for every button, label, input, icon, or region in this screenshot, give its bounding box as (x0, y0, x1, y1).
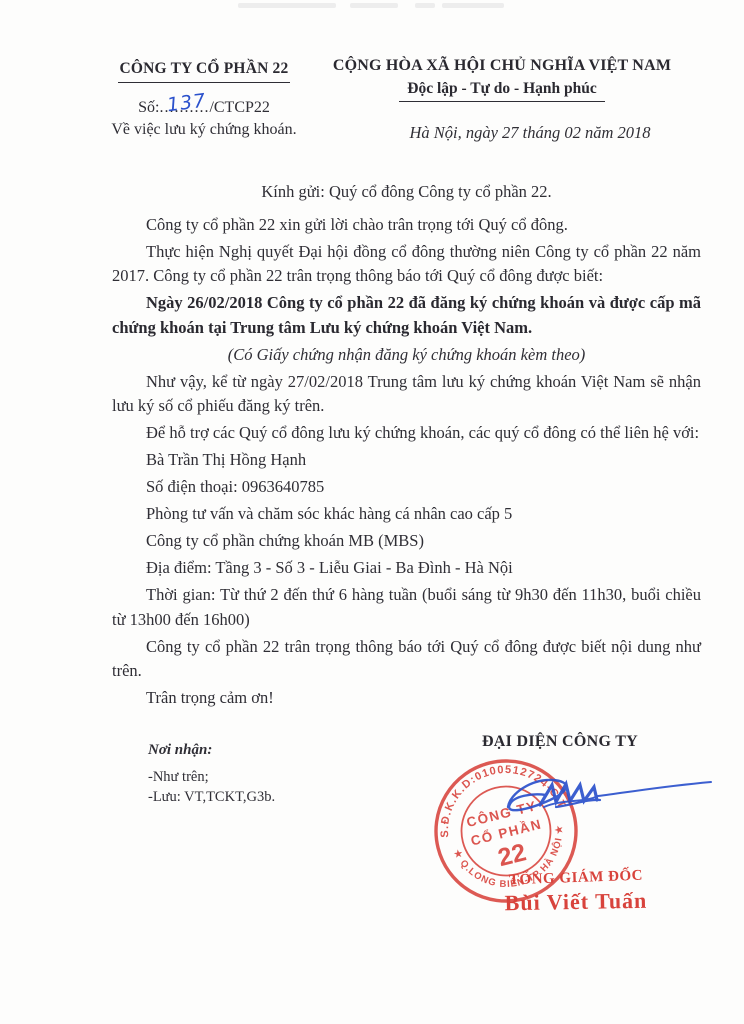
contact-name: Bà Trần Thị Hồng Hạnh (112, 448, 701, 473)
paragraph-announcement: Ngày 26/02/2018 Công ty cổ phần 22 đã đă… (112, 291, 701, 340)
salutation: Kính gửi: Quý cổ đông Công ty cổ phần 22… (112, 180, 701, 205)
letter-subject: Về việc lưu ký chứng khoán. (95, 121, 313, 139)
national-title: CỘNG HÒA XÃ HỘI CHỦ NGHĨA VIỆT NAM (322, 57, 682, 75)
letterhead-issuer-block: CÔNG TY CỔ PHẦN 22 Số:........../CTCP22 … (95, 60, 313, 139)
paragraph-thanks: Trân trọng cảm ơn! (112, 686, 701, 711)
scan-artifact (415, 3, 435, 8)
place-date-line: Hà Nội, ngày 27 tháng 02 năm 2018 (322, 123, 682, 143)
paragraph-closing: Công ty cổ phần 22 trân trọng thông báo … (112, 635, 701, 684)
contact-company: Công ty cổ phần chứng khoán MB (MBS) (112, 529, 701, 554)
recipients-label: Nơi nhận: (148, 742, 275, 759)
paragraph-greeting: Công ty cổ phần 22 xin gửi lời chào trân… (112, 213, 701, 238)
letter-body: Kính gửi: Quý cổ đông Công ty cổ phần 22… (112, 180, 701, 713)
contact-phone: Số điện thoại: 0963640785 (112, 475, 701, 500)
reference-prefix: Số: (138, 99, 159, 116)
scan-artifact (350, 3, 398, 8)
recipients-block: Nơi nhận: -Như trên; -Lưu: VT,TCKT,G3b. (148, 742, 275, 807)
handwritten-signature (498, 769, 716, 827)
scan-artifact (442, 3, 504, 8)
issuer-company-name: CÔNG TY CỔ PHẦN 22 (118, 60, 291, 83)
recipients-item: -Như trên; (148, 767, 275, 787)
signer-name: Bùi Viết Tuấn (466, 887, 686, 917)
scan-artifact (238, 3, 336, 8)
recipients-item: -Lưu: VT,TCKT,G3b. (148, 787, 275, 807)
national-motto: Độc lập - Tự do - Hạnh phúc (399, 80, 604, 102)
national-motto-block: CỘNG HÒA XÃ HỘI CHỦ NGHĨA VIỆT NAM Độc l… (322, 57, 682, 143)
paragraph-support: Để hỗ trợ các Quý cổ đông lưu ký chứng k… (112, 421, 701, 446)
attachment-note: (Có Giấy chứng nhận đăng ký chứng khoán … (112, 343, 701, 368)
contact-department: Phòng tư vấn và chăm sóc khác hàng cá nh… (112, 502, 701, 527)
paragraph-effective-date: Như vậy, kể từ ngày 27/02/2018 Trung tâm… (112, 370, 701, 419)
paragraph-resolution: Thực hiện Nghị quyết Đại hội đồng cổ đôn… (112, 240, 701, 289)
reference-suffix: /CTCP22 (209, 99, 269, 116)
stamp-center-line3: 22 (495, 838, 529, 872)
reference-number-line: Số:........../CTCP22 137 (95, 99, 313, 117)
contact-hours: Thời gian: Từ thứ 2 đến thứ 6 hàng tuần … (112, 583, 701, 632)
scanned-letter-page: { "header": { "left": { "company": "CÔNG… (0, 0, 744, 1024)
contact-address: Địa điểm: Tầng 3 - Số 3 - Liễu Giai - Ba… (112, 556, 701, 581)
signature-icon (498, 769, 716, 827)
